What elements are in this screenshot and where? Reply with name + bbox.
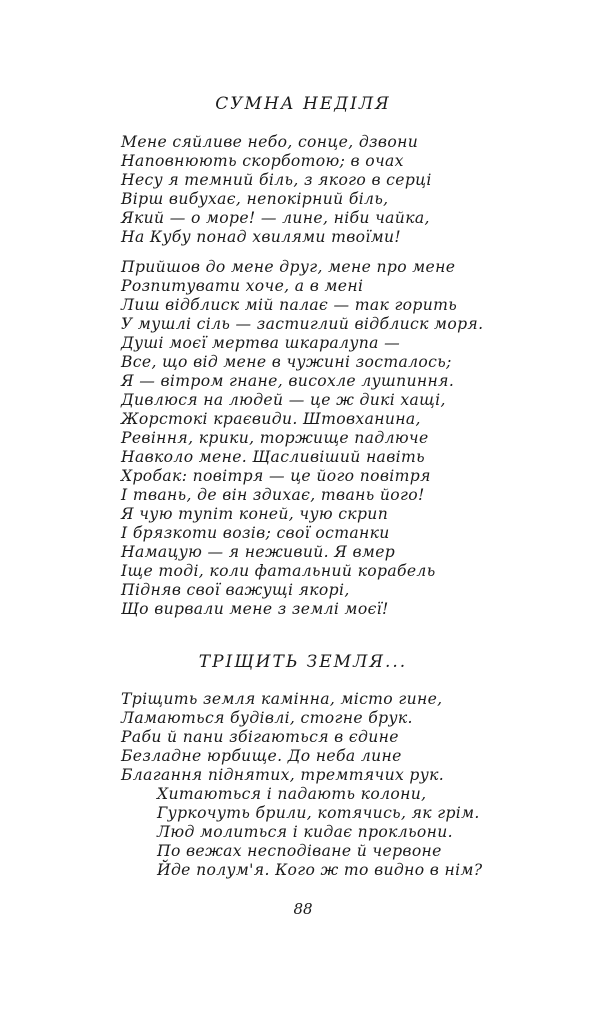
verse-line: Прийшов до мене друг, мене про мене	[121, 258, 483, 277]
verse-line: Намацую — я неживий. Я вмер	[121, 543, 483, 562]
verse-line: Розпитувати хоче, а в мені	[121, 277, 483, 296]
verse-line: Ревіння, крики, торжище падлюче	[121, 429, 483, 448]
verse-line: Ламаються будівлі, стогне брук.	[121, 709, 482, 728]
verse-line: Благання піднятих, тремтячих рук.	[121, 766, 482, 785]
verse-line: Хробак: повітря — це його повітря	[121, 467, 483, 486]
verse-line-indented: По вежах несподіване й червоне	[121, 842, 482, 861]
verse-line: Все, що від мене в чужині зосталось;	[121, 353, 483, 372]
verse-line: Несу я темний біль, з якого в серці	[121, 171, 432, 190]
verse-line: Душі моєї мертва шкаралупа —	[121, 334, 483, 353]
verse-line: Лиш відблиск мій палає — так горить	[121, 296, 483, 315]
verse-line: Вірш вибухає, непокірний біль,	[121, 190, 432, 209]
page-number: 88	[0, 900, 600, 918]
verse-line: У мушлі сіль — застиглий відблиск моря.	[121, 315, 483, 334]
poem-1-stanza-1: Мене сяйливе небо, сонце, дзвони Наповню…	[121, 133, 432, 247]
verse-line: І твань, де він здихає, твань його!	[121, 486, 483, 505]
verse-line: І брязкоти возів; свої останки	[121, 524, 483, 543]
verse-line: Тріщить земля камінна, місто гине,	[121, 690, 482, 709]
verse-line: Наповнюють скорботою; в очах	[121, 152, 432, 171]
verse-line: Навколо мене. Щасливіший навіть	[121, 448, 483, 467]
verse-line-indented: Хитаються і падають колони,	[121, 785, 482, 804]
verse-line: На Кубу понад хвилями твоїми!	[121, 228, 432, 247]
verse-line-indented: Йде полум'я. Кого ж то видно в нім?	[121, 861, 482, 880]
verse-line: Дивлюся на людей — це ж дикі хащі,	[121, 391, 483, 410]
verse-line: Я чую тупіт коней, чую скрип	[121, 505, 483, 524]
verse-line: Іще тоді, коли фатальний корабель	[121, 562, 483, 581]
verse-line-indented: Гуркочуть брили, котячись, як грім.	[121, 804, 482, 823]
verse-line: Мене сяйливе небо, сонце, дзвони	[121, 133, 432, 152]
verse-line: Жорстокі краєвиди. Штовханина,	[121, 410, 483, 429]
verse-line: Я — вітром гнане, висохле лушпиння.	[121, 372, 483, 391]
verse-line: Підняв свої важущі якорі,	[121, 581, 483, 600]
verse-line: Безладне юрбище. До неба лине	[121, 747, 482, 766]
verse-line: Який — о море! — лине, ніби чайка,	[121, 209, 432, 228]
verse-line: Раби й пани збігаються в єдине	[121, 728, 482, 747]
book-page: СУМНА НЕДІЛЯ Мене сяйливе небо, сонце, д…	[0, 0, 600, 1015]
poem-title-sumna-nedilia: СУМНА НЕДІЛЯ	[0, 94, 600, 114]
poem-title-trishchyt-zemlia: ТРІЩИТЬ ЗЕМЛЯ...	[0, 652, 600, 672]
verse-line-indented: Люд молиться і кидає прокльони.	[121, 823, 482, 842]
poem-2-stanza-1: Тріщить земля камінна, місто гине, Ламаю…	[121, 690, 482, 880]
poem-1-stanza-2: Прийшов до мене друг, мене про мене Розп…	[121, 258, 483, 619]
verse-line: Що вирвали мене з землі моєї!	[121, 600, 483, 619]
